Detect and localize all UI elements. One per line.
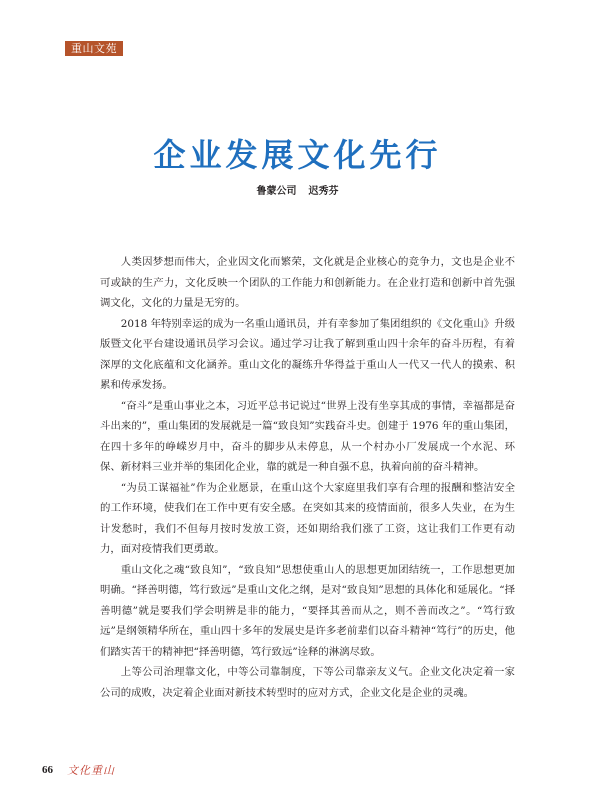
paragraph: 重山文化之魂“致良知”，“致良知”思想使重山人的思想更加团结统一，工作思想更加明… (100, 560, 515, 663)
page-footer: 66 文化重山 (42, 762, 115, 778)
section-tag: 重山文苑 (65, 41, 123, 56)
magazine-logo: 文化重山 (67, 762, 115, 778)
paragraph: 人类因梦想而伟大，企业因文化而繁荣，文化就是企业核心的竞争力，文也是企业不可或缺… (100, 252, 515, 314)
byline: 鲁蒙公司迟秀芬 (0, 182, 595, 197)
paragraph: “为员工谋福祉”作为企业愿景，在重山这个大家庭里我们享有合理的报酬和整洁安全的工… (100, 478, 515, 560)
paragraph: “奋斗”是重山事业之本，习近平总书记说过“世界上没有坐享其成的事情，幸福都是奋斗… (100, 396, 515, 478)
byline-organization: 鲁蒙公司 (257, 186, 297, 197)
byline-author: 迟秀芬 (309, 186, 339, 197)
article-title: 企业发展文化先行 (0, 135, 595, 175)
article-body: 人类因梦想而伟大，企业因文化而繁荣，文化就是企业核心的竞争力，文也是企业不可或缺… (100, 252, 515, 703)
paragraph: 2018 年特别幸运的成为一名重山通讯员，并有幸参加了集团组织的《文化重山》升级… (100, 314, 515, 396)
paragraph: 上等公司治理靠文化，中等公司靠制度，下等公司靠亲友义气。企业文化决定着一家公司的… (100, 662, 515, 703)
page-number: 66 (42, 764, 53, 776)
